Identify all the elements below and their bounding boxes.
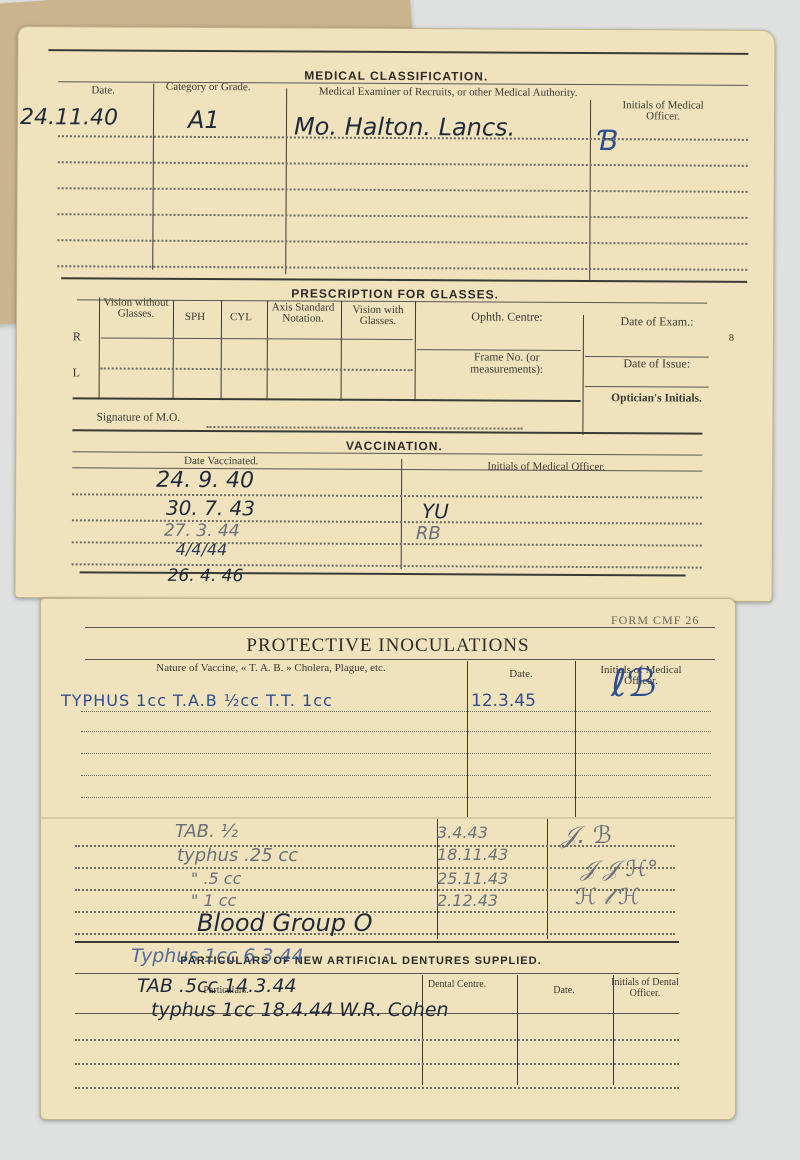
vaccination-initials-2: YU: [422, 499, 449, 523]
header-axis: Axis Standard Notation.: [267, 302, 339, 324]
header-cyl: CYL: [219, 312, 263, 323]
rule: [85, 627, 715, 628]
overwritten-entry-2: TAB .5cc 14.3.44: [137, 975, 297, 997]
page-medical: MEDICAL CLASSIFICATION. Date. Category o…: [15, 26, 776, 602]
header-vaccination-initials: Initials of Medical Officer.: [436, 461, 656, 473]
col-divider: [341, 301, 343, 401]
ophth-centre-label: Ophth. Centre:: [437, 309, 577, 325]
col-divider: [401, 459, 403, 569]
rule: [61, 277, 747, 283]
date-exam-label: Date of Exam.:: [592, 314, 722, 330]
dotted-line: [58, 187, 748, 193]
dotted-line: [75, 1063, 679, 1065]
col-divider: [173, 300, 175, 400]
vaccination-date-5: 26. 4. 46: [168, 566, 244, 586]
blood-group: Blood Group O: [197, 909, 372, 937]
continued-date-1: 3.4.43: [437, 823, 488, 842]
vaccination-initials-3: RB: [416, 523, 441, 544]
dotted-line: [72, 563, 702, 568]
row-label-r: R: [73, 329, 81, 344]
rule: [48, 49, 748, 55]
medical-officer-initials: Ɓ: [596, 124, 617, 157]
vaccination-date-3: 27. 3. 44: [164, 521, 240, 541]
vaccination-date-1: 24. 9. 40: [156, 468, 254, 494]
dotted-line: [81, 753, 711, 754]
inoculation-date-1: 12.3.45: [471, 691, 536, 711]
opticians-initials-label: Optician's Initials.: [592, 392, 722, 405]
rule: [75, 941, 679, 943]
continued-date-3: 25.11.43: [437, 869, 508, 888]
col-divider: [467, 661, 468, 817]
medical-entry-date: 24.11.40: [20, 105, 118, 131]
date-issue-label: Date of Issue:: [592, 356, 722, 372]
header-vaccine: Nature of Vaccine, « T. A. B. » Cholera,…: [141, 663, 401, 674]
signature-line: [206, 426, 522, 430]
dotted-line: [81, 797, 711, 798]
rule: [585, 386, 709, 388]
dotted-line: [75, 911, 675, 913]
col-divider: [221, 300, 223, 400]
col-divider: [285, 88, 287, 274]
col-divider: [99, 297, 101, 397]
rule: [85, 659, 715, 660]
page-number: 8: [729, 333, 734, 344]
vaccination-date-2: 30. 7. 43: [166, 496, 255, 520]
dotted-line: [75, 933, 675, 935]
header-vision-without: Vision without Glasses.: [101, 297, 171, 319]
form-number: FORM CMF 26: [611, 613, 699, 628]
continued-initials-2: 𝒥 𝒥 ℋ°: [581, 857, 658, 882]
row-label-l: L: [73, 365, 80, 380]
rule: [73, 397, 581, 402]
dotted-line: [81, 731, 711, 732]
header-date: Date.: [68, 85, 138, 96]
col-divider: [415, 301, 417, 401]
dotted-line: [101, 367, 413, 371]
dotted-line: [57, 265, 747, 271]
continued-vaccine-2: typhus .25 cc: [177, 845, 298, 866]
continued-initials-1: 𝒥. ℬ: [561, 821, 612, 849]
inoculation-vaccine-1: TYPHUS 1cc T.A.B ½cc T.T. 1cc: [61, 691, 333, 710]
overwritten-entry-3: typhus 1cc 18.4.44 W.R. Cohen: [151, 999, 449, 1021]
rule: [101, 337, 413, 340]
medical-entry-category: A1: [188, 106, 220, 134]
dotted-line: [81, 711, 711, 712]
dotted-line: [75, 1087, 679, 1089]
col-divider: [517, 975, 518, 1085]
page-inoculations: FORM CMF 26 PROTECTIVE INOCULATIONS Natu…: [40, 598, 736, 1120]
header-vision-with: Vision with Glasses.: [343, 305, 413, 327]
dotted-line: [72, 541, 702, 546]
col-divider: [547, 819, 548, 939]
header-examiner: Medical Examiner of Recruits, or other M…: [318, 87, 578, 99]
header-category: Category or Grade.: [158, 82, 258, 94]
header-denture-date: Date.: [529, 985, 599, 996]
frame-no-label: Frame No. (or measurements):: [437, 351, 577, 376]
col-divider: [575, 661, 576, 817]
rule: [72, 429, 702, 434]
col-divider: [422, 975, 423, 1085]
header-dental-centre: Dental Centre.: [427, 979, 487, 990]
rule: [75, 973, 679, 974]
inoculations-title: PROTECTIVE INOCULATIONS: [41, 635, 735, 657]
header-initials: Initials of Medical Officer.: [608, 100, 718, 123]
col-divider: [582, 315, 584, 435]
continued-date-4: 2.12.43: [437, 891, 498, 910]
dotted-line: [81, 775, 711, 776]
dotted-line: [57, 239, 747, 245]
vaccination-date-4: 4/4/44: [176, 540, 228, 559]
overwritten-entry-1: Typhus 1cc 6.3.44: [131, 945, 304, 967]
inoculation-initials-1: ℓℬ: [611, 661, 657, 705]
col-divider: [152, 84, 154, 270]
dotted-line: [58, 161, 748, 167]
signature-mo-label: Signature of M.O.: [96, 411, 180, 423]
col-divider: [613, 975, 614, 1085]
header-sph: SPH: [173, 312, 217, 323]
continued-vaccine-1: TAB. ½: [175, 821, 238, 842]
continued-initials-3: ℋ 𝓁 ℋ: [575, 885, 640, 910]
header-inoculation-date: Date.: [471, 669, 571, 680]
continued-date-2: 18.11.43: [437, 845, 508, 864]
continued-vaccine-3: " .5 cc: [191, 869, 241, 888]
col-divider: [267, 300, 269, 400]
paste-seam: [41, 817, 735, 819]
header-dental-officer: Initials of Dental Officer.: [609, 977, 681, 999]
dotted-line: [58, 213, 748, 219]
continued-vaccine-4: " 1 cc: [191, 891, 236, 910]
header-date-vaccinated: Date Vaccinated.: [136, 456, 306, 468]
dotted-line: [75, 1039, 679, 1041]
